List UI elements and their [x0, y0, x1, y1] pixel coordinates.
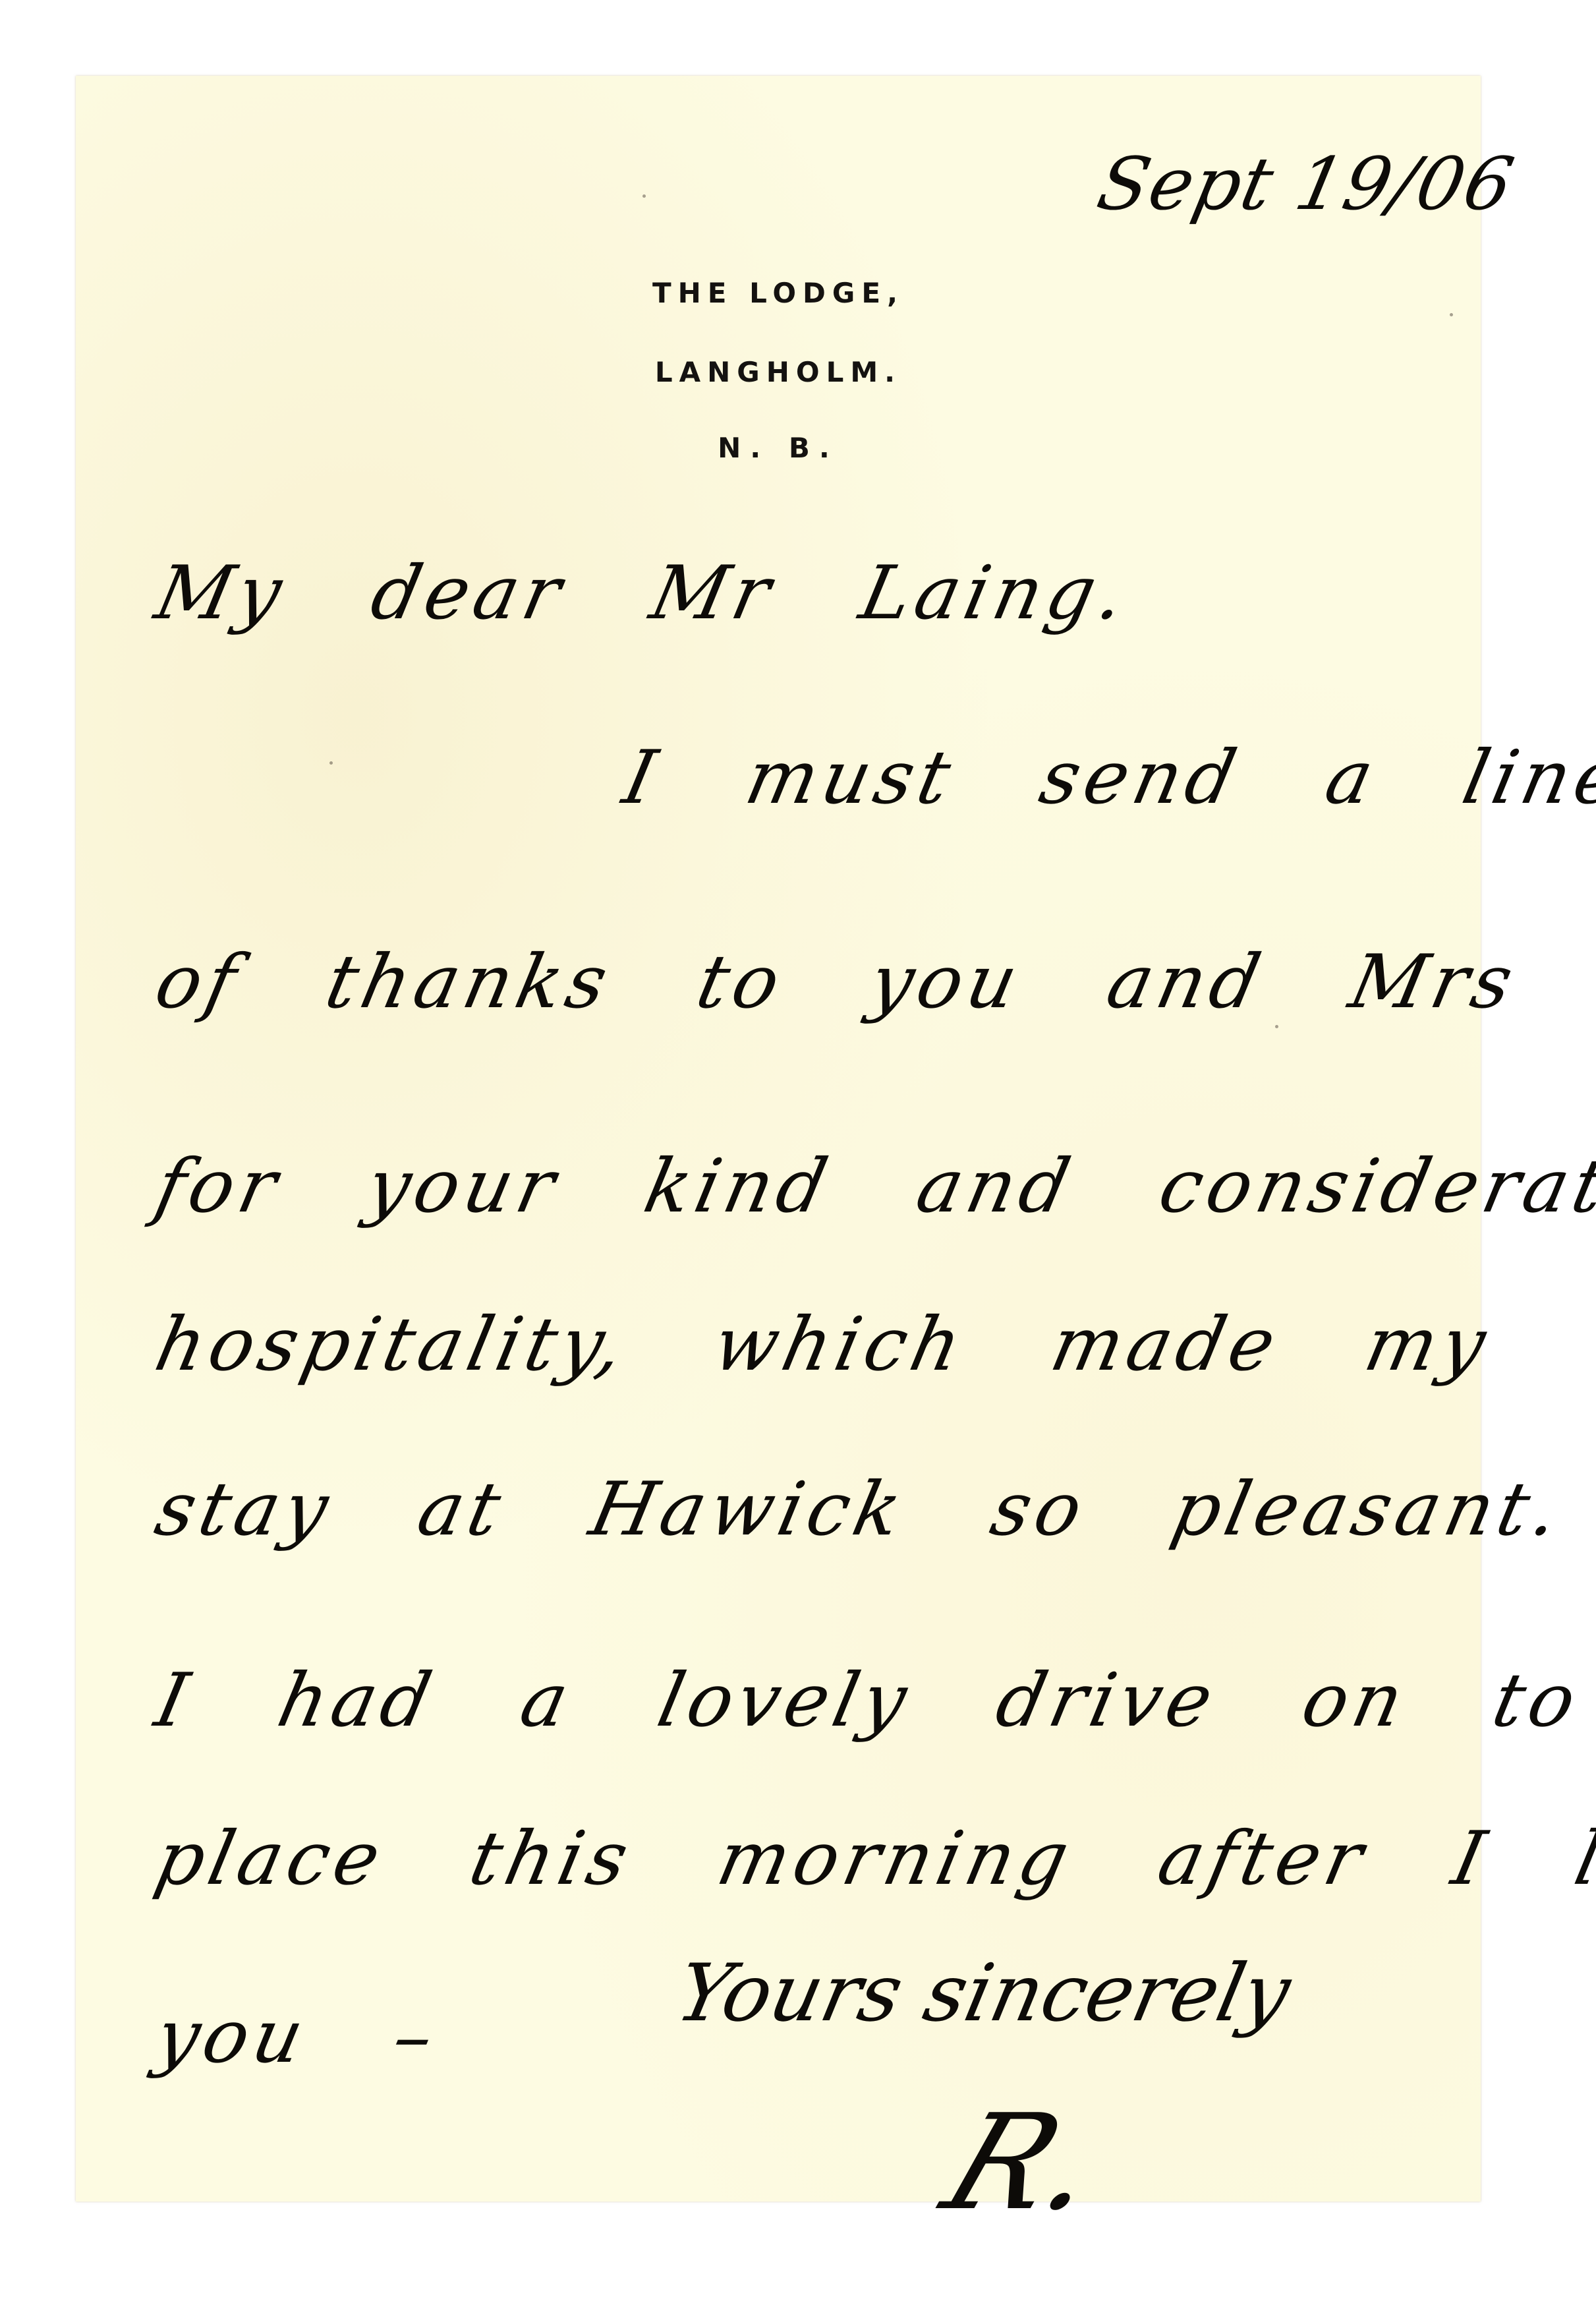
body-line-3: for your kind and considerate [148, 1144, 1596, 1229]
closing: Yours sincerely [669, 1948, 1298, 2039]
salutation: My dear Mr Laing. [148, 550, 1137, 636]
paper-speck [1275, 1025, 1278, 1028]
paper-speck [329, 761, 333, 765]
letter-date: Sept 19/06 [1091, 142, 1522, 226]
paper-speck [642, 194, 646, 198]
signature: R. [926, 2086, 1123, 2240]
body-line-6: I had a lovely drive on to this [148, 1658, 1596, 1743]
body-line-7: place this morning after I left [148, 1816, 1596, 1902]
body-line-4: hospitality, which made my [148, 1302, 1498, 1387]
body-line-5: stay at Hawick so pleasant. [148, 1467, 1572, 1552]
paper-speck [1450, 313, 1453, 316]
body-line-8: you – [148, 1994, 446, 2080]
body-line-2: of thanks to you and Mrs Laing [148, 939, 1596, 1025]
letterhead-line-1: THE LODGE, [76, 277, 1481, 309]
letterhead-line-3: N. B. [76, 432, 1481, 464]
letter-sheet: Sept 19/06 THE LODGE, LANGHOLM. N. B. My… [76, 76, 1481, 2202]
letterhead-line-2: LANGHOLM. [76, 356, 1481, 388]
bleed-through-mark: ​ [642, 1921, 906, 1941]
body-line-1: I must send a line [616, 735, 1596, 821]
